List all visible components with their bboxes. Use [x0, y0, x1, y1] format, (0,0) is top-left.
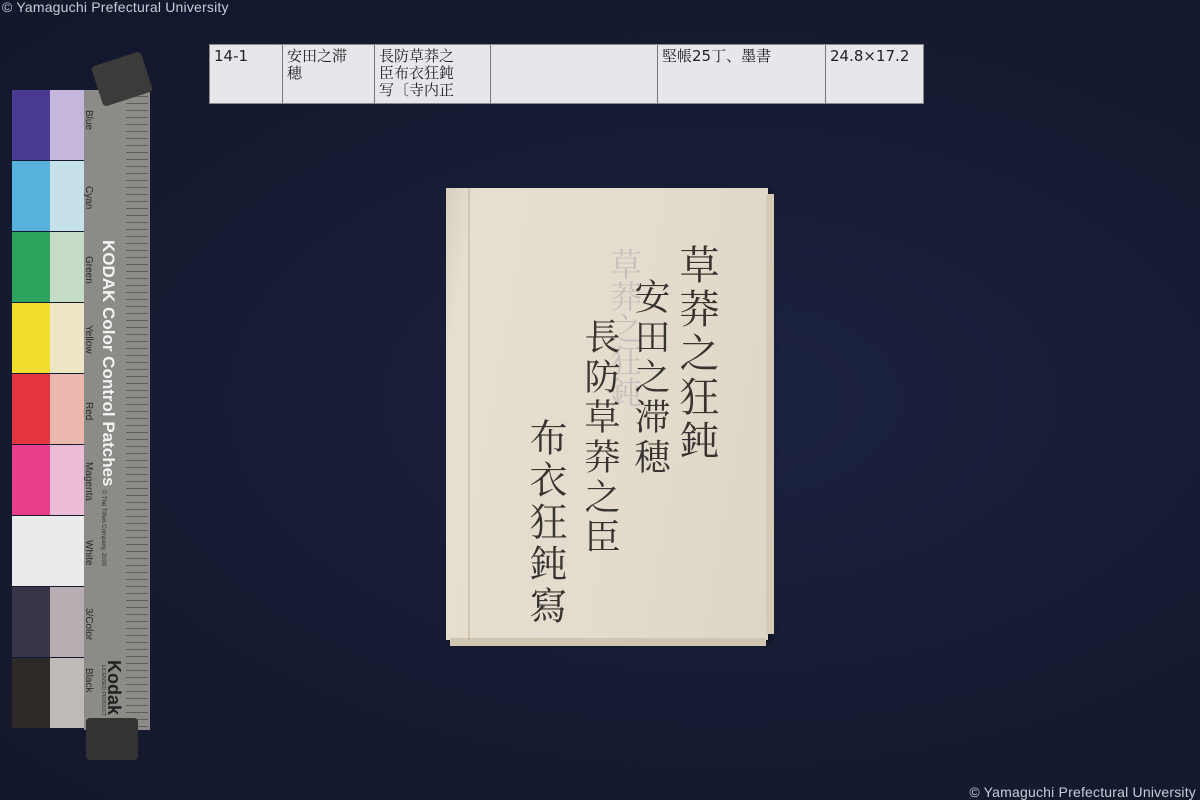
patch-label-blue: Blue [83, 110, 94, 130]
label-format-cell: 堅帳25丁、墨書 [658, 45, 826, 103]
top-credit: © Yamaguchi Prefectural University [2, 0, 229, 15]
kodak-logo: Kodak [103, 660, 124, 715]
patch-green [12, 232, 54, 302]
manuscript-book: 草莽之狂鈍 草莽之狂鈍 安田之滞穂 長防草莽之臣 布衣狂鈍寫 [446, 188, 768, 640]
patch-label-cyan: Cyan [83, 186, 94, 209]
patch-green-light [50, 232, 84, 302]
patch-red [12, 374, 54, 444]
patch-label-3color: 3/Color [83, 608, 94, 640]
kodak-logo-sub: LICENSED PRODUCT [100, 665, 106, 716]
patch-label-magenta: Magenta [83, 462, 94, 501]
patch-magenta-light [50, 445, 84, 515]
cover-column-1: 草莽之狂鈍 [668, 244, 725, 464]
copyright-text: © The Tiffen Company, 2000 [100, 490, 106, 566]
kodak-brand-text: KODAK Color Control Patches [98, 240, 118, 487]
patch-black-light [50, 658, 84, 728]
patch-black [12, 658, 54, 728]
patch-yellow [12, 303, 54, 373]
patch-red-light [50, 374, 84, 444]
tape-bottom [86, 718, 138, 760]
patch-label-green: Green [83, 256, 94, 284]
book-bottom-edge [450, 638, 766, 646]
patch-cyan [12, 161, 54, 231]
cover-column-4: 布衣狂鈍寫 [518, 418, 573, 628]
patch-label-yellow: Yellow [83, 325, 94, 354]
patch-3color-light [50, 587, 84, 657]
label-size-cell: 24.8×17.2 [826, 45, 923, 103]
cover-column-3: 長防草莽之臣 [574, 318, 625, 558]
patch-white [12, 516, 84, 586]
patch-label-black: Black [83, 668, 94, 692]
label-blank-cell [491, 45, 658, 103]
patch-cyan-light [50, 161, 84, 231]
patch-label-white: White [83, 540, 94, 566]
patch-3color [12, 587, 54, 657]
label-title-cell: 長防草莽之 臣布衣狂鈍 写〔寺内正 [375, 45, 491, 103]
patch-yellow-light [50, 303, 84, 373]
bottom-credit: © Yamaguchi Prefectural University [969, 784, 1196, 800]
label-id-cell: 14-1 [210, 45, 283, 103]
patch-label-red: Red [83, 402, 94, 420]
patch-blue-light [50, 90, 84, 160]
cover-column-2: 安田之滞穂 [624, 278, 675, 478]
catalog-label: 14-1 安田之滞 穂 長防草莽之 臣布衣狂鈍 写〔寺内正 堅帳25丁、墨書 2… [209, 44, 924, 104]
ruler-ticks [126, 90, 148, 730]
patch-magenta [12, 445, 54, 515]
patch-blue [12, 90, 54, 160]
book-page-edge [766, 194, 774, 634]
label-author-cell: 安田之滞 穂 [283, 45, 375, 103]
